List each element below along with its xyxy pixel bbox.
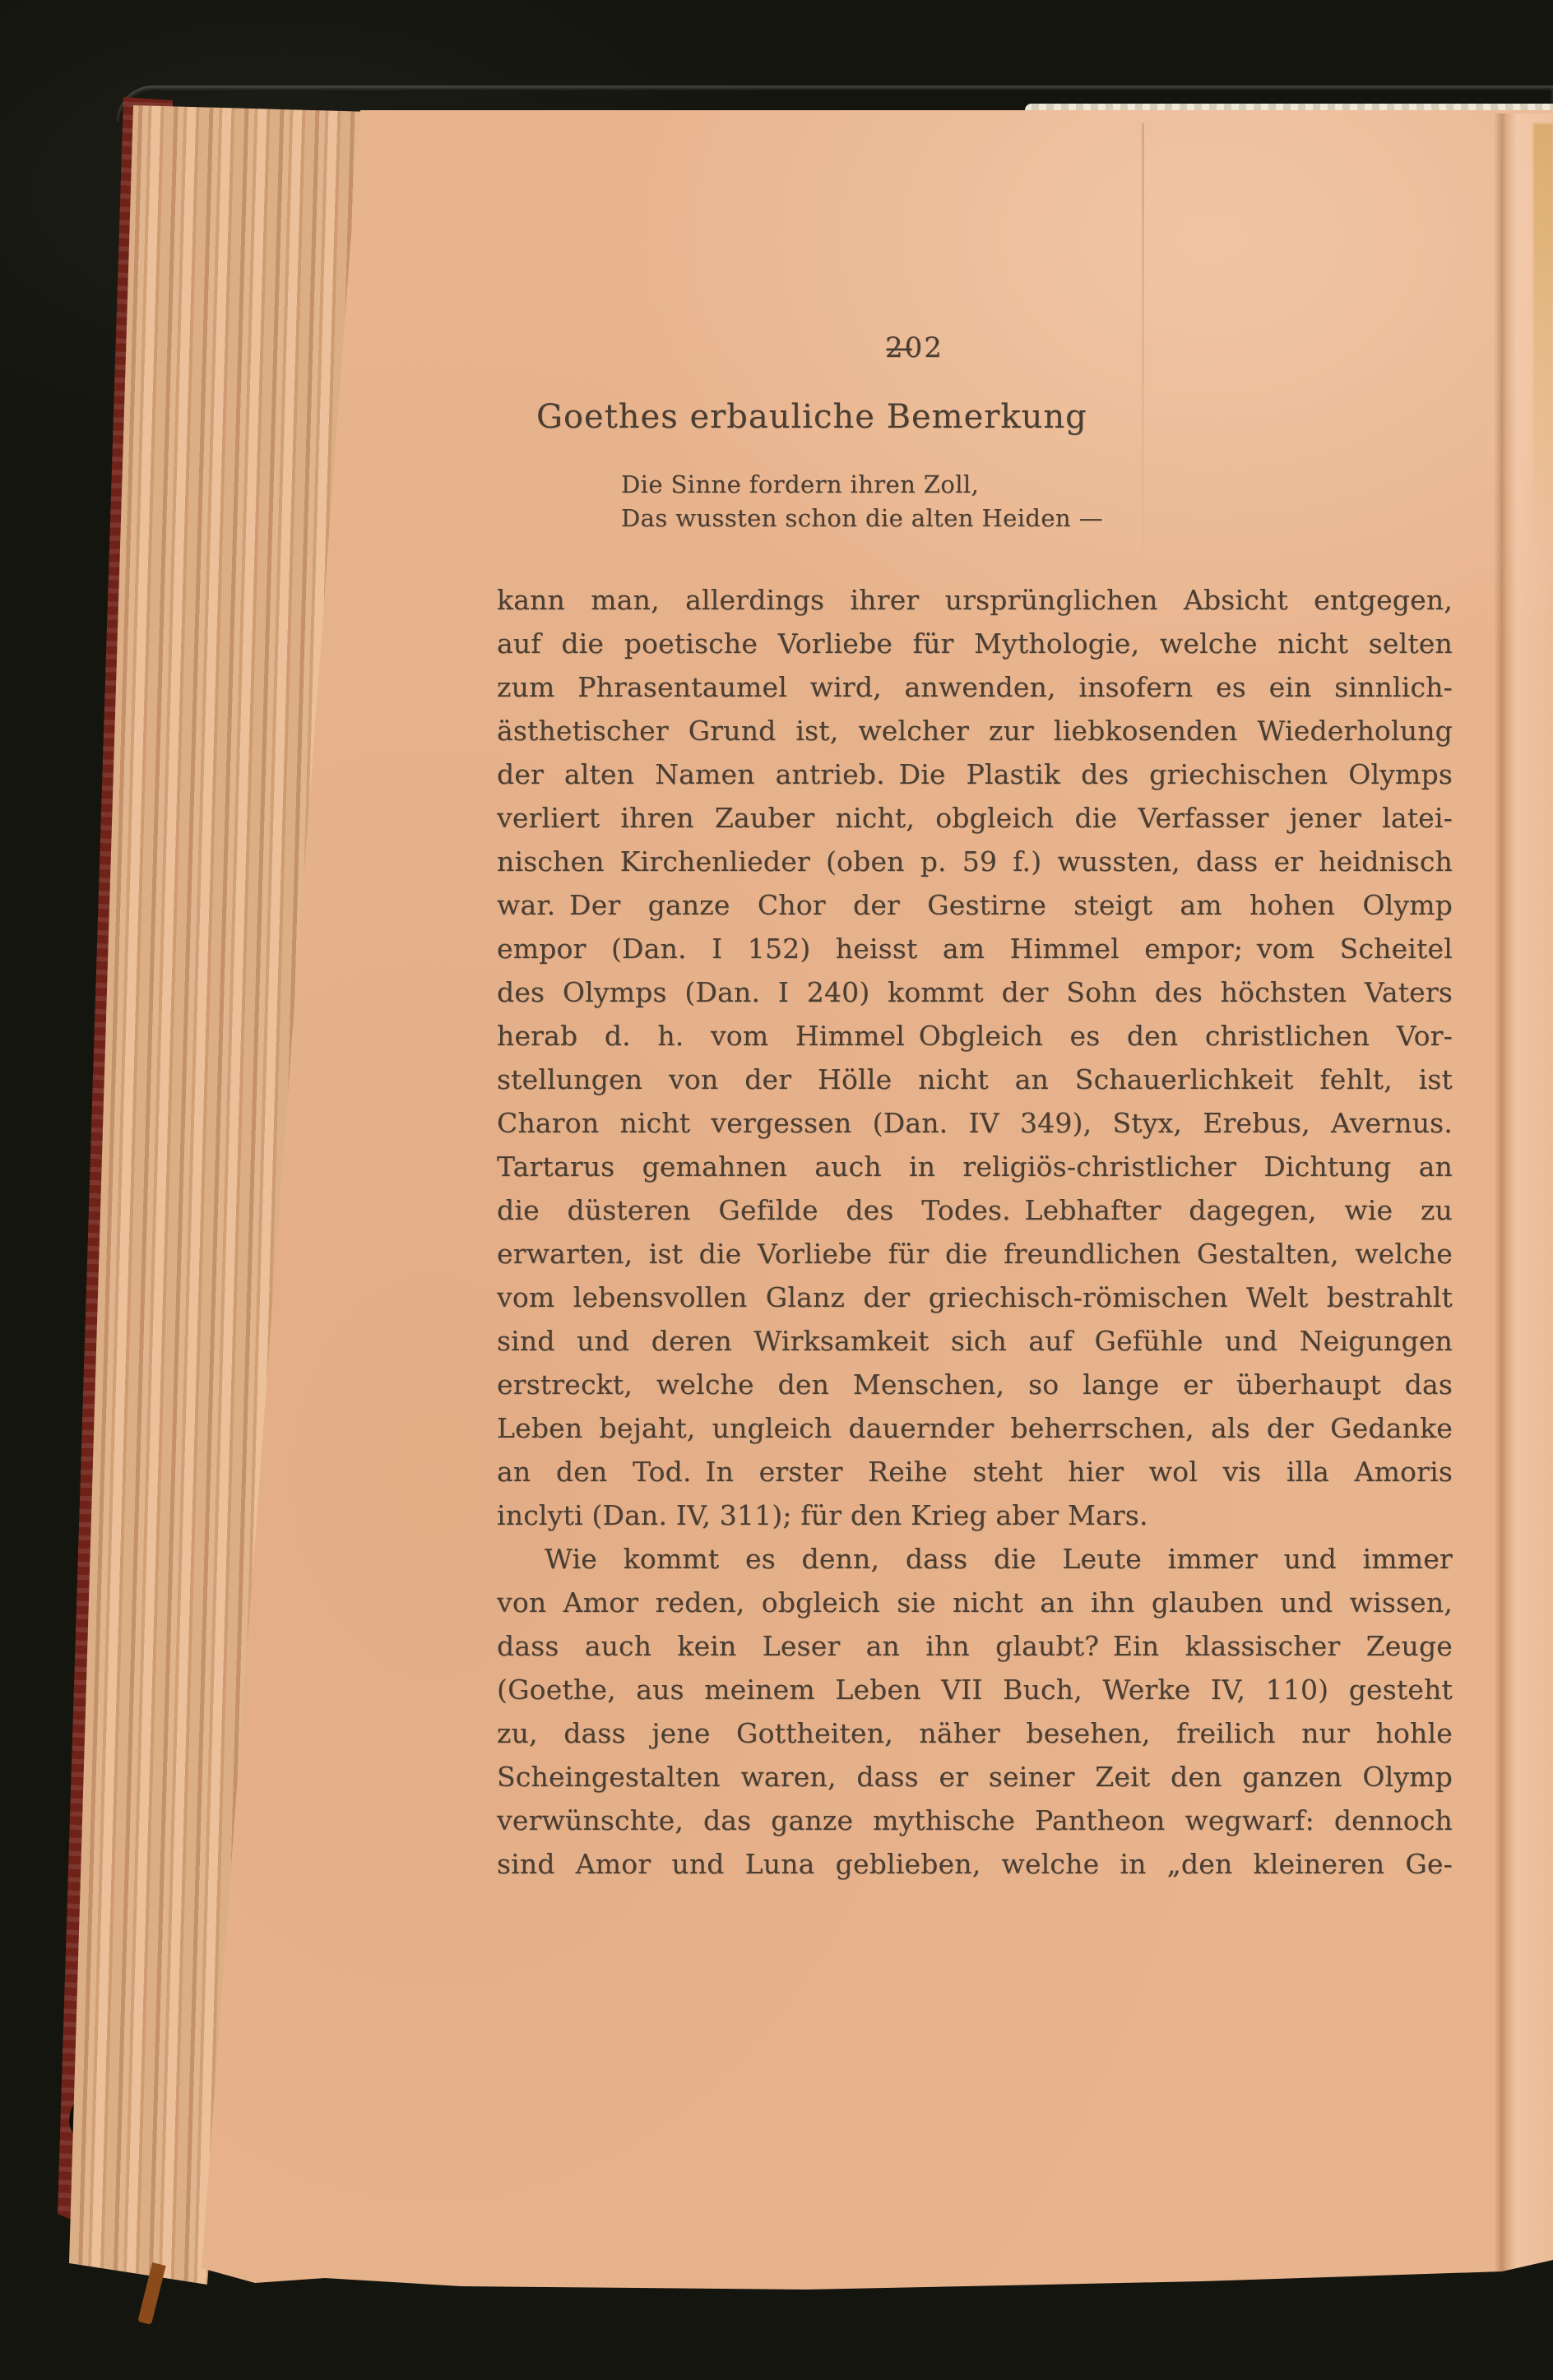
body-line: auf die poetische Vorliebe für Mythologi… — [497, 622, 1453, 665]
body-line: war. Der ganze Chor der Gestirne steigt … — [497, 883, 1453, 927]
section-heading: Goethes erbauliche Bemerkung — [536, 398, 1277, 436]
body-line: (Goethe, aus meinem Leben VII Buch, Werk… — [497, 1668, 1453, 1711]
body-line: die düsteren Gefilde des Todes. Lebhafte… — [497, 1188, 1453, 1232]
body-line: des Olymps (Dan. I 240) kommt der Sohn d… — [497, 970, 1453, 1014]
body-line: Scheingestalten waren, dass er seiner Ze… — [497, 1755, 1453, 1799]
page-gilt-edge — [1533, 123, 1553, 551]
verse-line: Die Sinne fordern ihren Zoll, — [621, 468, 1197, 502]
body-line: verliert ihren Zauber nicht, obgleich di… — [497, 796, 1453, 840]
body-text: kann man, allerdings ihrer ursprüngliche… — [497, 578, 1453, 1894]
body-line: herab d. h. vom Himmel Obgleich es den c… — [497, 1014, 1453, 1058]
body-line: sind Amor und Luna geblieben, welche in … — [497, 1842, 1453, 1886]
body-line: an den Tod. In erster Reihe steht hier w… — [497, 1450, 1453, 1493]
body-line: vom lebensvollen Glanz der griechisch-rö… — [497, 1276, 1453, 1319]
body-line: ästhetischer Grund ist, welcher zur lieb… — [497, 709, 1453, 752]
body-line: erstreckt, welche den Menschen, so lange… — [497, 1363, 1453, 1406]
body-line: von Amor reden, obgleich sie nicht an ih… — [497, 1581, 1453, 1624]
page-number-dash-right: — — [885, 331, 913, 364]
body-line: zum Phrasentaumel wird, anwenden, insofe… — [497, 665, 1453, 709]
body-line: zu, dass jene Gottheiten, näher besehen,… — [497, 1711, 1453, 1755]
verse-quote: Die Sinne fordern ihren Zoll, Das wusste… — [621, 468, 1197, 535]
body-line: nischen Kirchenlieder (oben p. 59 f.) wu… — [497, 840, 1453, 883]
body-line: empor (Dan. I 152) heisst am Himmel empo… — [497, 927, 1453, 970]
body-line: inclyti (Dan. IV, 311); für den Krieg ab… — [497, 1493, 1453, 1537]
page-number: — 202 — — [885, 329, 1082, 367]
body-line: erwarten, ist die Vorliebe für die freun… — [497, 1232, 1453, 1276]
body-line: Charon nicht vergessen (Dan. IV 349), St… — [497, 1101, 1453, 1145]
body-line: kann man, allerdings ihrer ursprüngliche… — [497, 578, 1453, 622]
body-line: Tartarus gemahnen auch in religiös-chris… — [497, 1145, 1453, 1188]
verse-line: Das wussten schon die alten Heiden — — [621, 502, 1197, 535]
body-line: dass auch kein Leser an ihn glaubt? Ein … — [497, 1624, 1453, 1668]
book-scan-photo: — 202 — Goethes erbauliche Bemerkung Die… — [0, 0, 1553, 2380]
body-line: sind und deren Wirksamkeit sich auf Gefü… — [497, 1319, 1453, 1363]
body-line: verwünschte, das ganze mythische Pantheo… — [497, 1799, 1453, 1842]
body-line: stellungen von der Hölle nicht an Schaue… — [497, 1058, 1453, 1101]
body-line: der alten Namen antrieb. Die Plastik des… — [497, 752, 1453, 796]
body-line: Leben bejaht, ungleich dauernder beherrs… — [497, 1406, 1453, 1450]
body-line-paragraph-start: Wie kommt es denn, dass die Leute immer … — [497, 1537, 1453, 1581]
